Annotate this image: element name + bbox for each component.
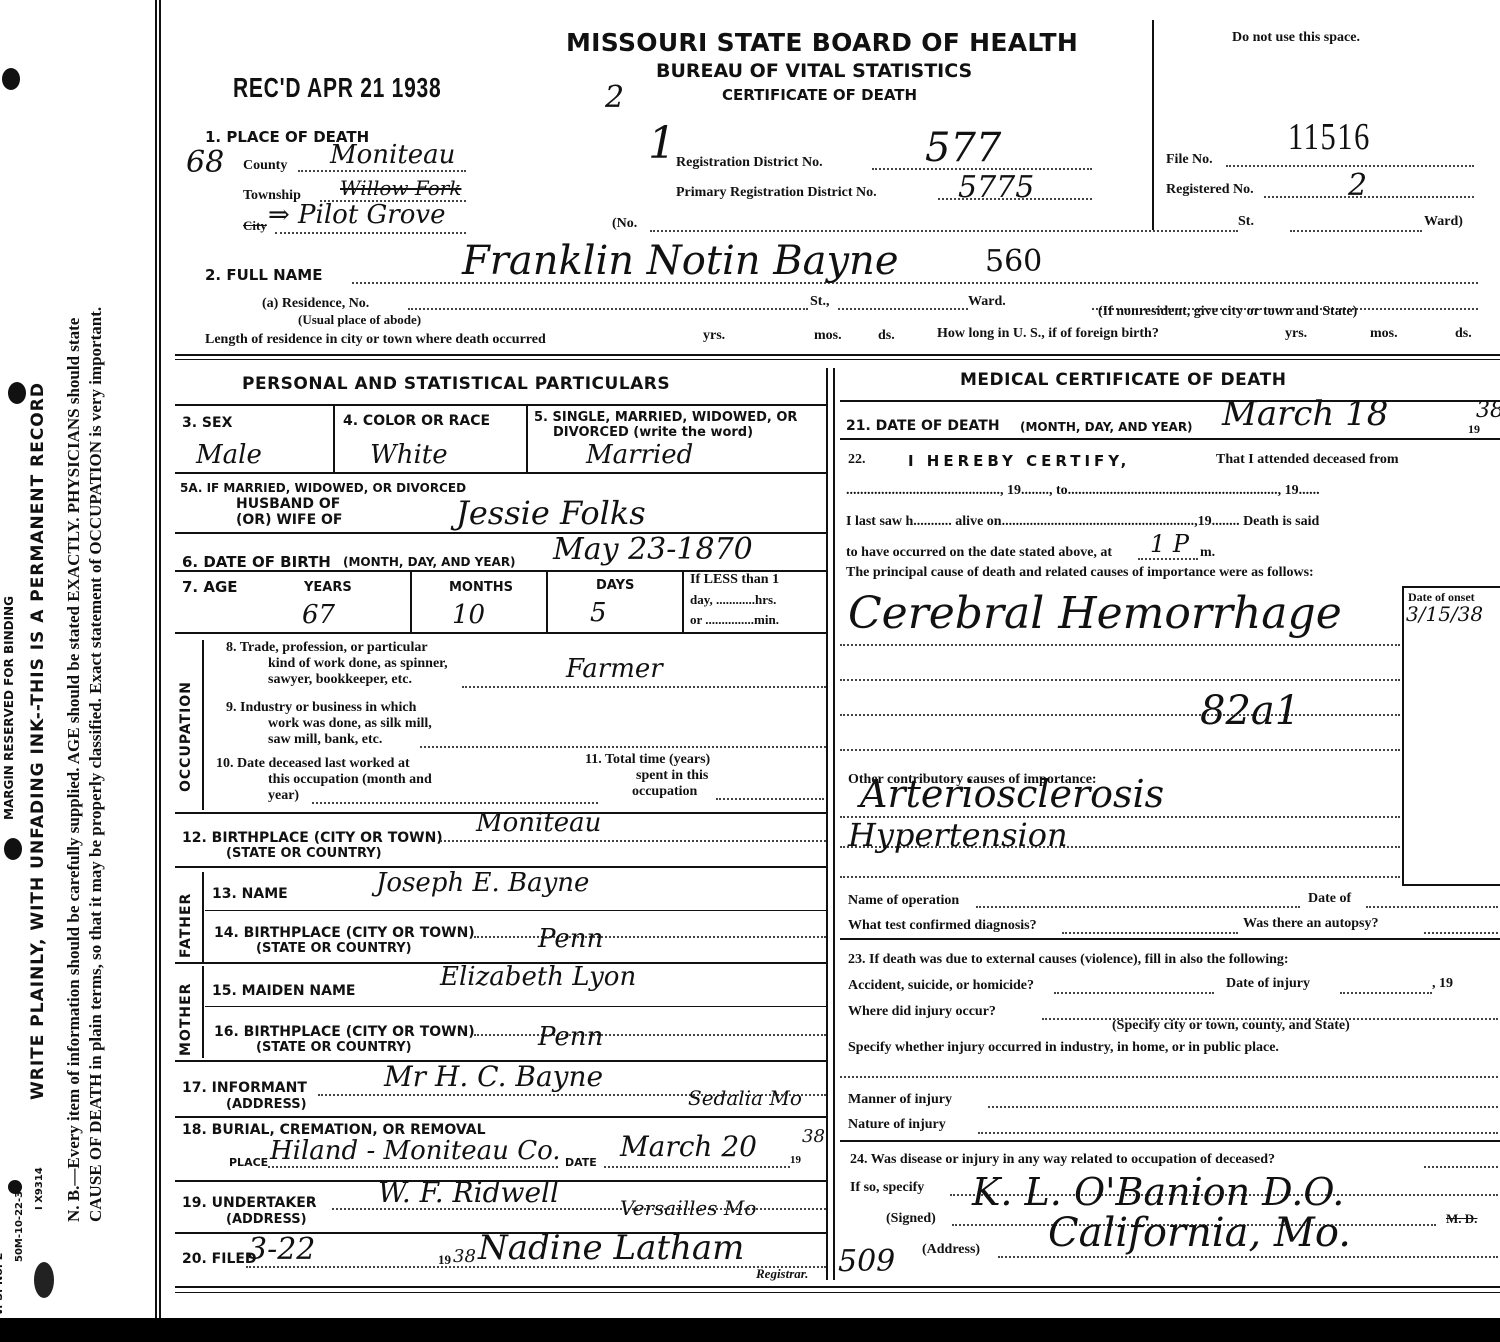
medical-section-title: MEDICAL CERTIFICATE OF DEATH (960, 370, 1286, 390)
rule-after-autopsy (840, 938, 1500, 940)
center-divider-a (826, 368, 828, 1280)
birthplace-label: 12. BIRTHPLACE (CITY OR TOWN) (182, 830, 443, 846)
residence-ward-label: Ward. (968, 294, 1006, 310)
industry-line (420, 746, 826, 748)
informant-address[interactable]: Sedalia Mo (688, 1086, 802, 1110)
onset-box: Date of onset 3/15/38 (1402, 586, 1500, 886)
dod-value[interactable]: March 18 (1222, 394, 1388, 434)
other-cause-value-1[interactable]: Arteriosclerosis (860, 772, 1164, 816)
residence-mos: mos. (814, 328, 842, 344)
rule-after-age (175, 632, 826, 634)
dob-label: 6. DATE OF BIRTH (182, 553, 331, 571)
address-label: (Address) (922, 1242, 980, 1258)
rule-after-nature (840, 1140, 1500, 1142)
autopsy-line (1424, 932, 1498, 934)
st-label: St. (1238, 214, 1254, 230)
date-of-line (1366, 906, 1498, 908)
personal-section-title: PERSONAL AND STATISTICAL PARTICULARS (242, 374, 670, 394)
father-birthplace-label: 14. BIRTHPLACE (CITY OR TOWN) (214, 925, 475, 941)
burial-year-value[interactable]: 38 (802, 1126, 825, 1147)
primary-registration-value[interactable]: 5775 (958, 170, 1034, 205)
father-side-divider (202, 872, 204, 962)
bottom-rule-1 (175, 1286, 1500, 1288)
accident-line (1054, 992, 1214, 994)
dod-label: 21. DATE OF DEATH (846, 418, 1000, 434)
length-residence-label: Length of residence in city or town wher… (205, 332, 546, 348)
father-birthplace-sub: (STATE OR COUNTRY) (256, 941, 412, 956)
mother-birthplace-value[interactable]: Penn (538, 1022, 603, 1052)
rule-personal-head (175, 404, 826, 406)
last-worked-line (312, 802, 598, 804)
binding-margin: MARGIN RESERVED FOR BINDING WRITE PLAINL… (0, 0, 158, 1310)
city-line (275, 232, 466, 234)
certify-number: 22. (848, 452, 866, 468)
section-rule-top-2 (175, 359, 1500, 360)
informant-sub: (ADDRESS) (226, 1097, 307, 1112)
county-value[interactable]: Moniteau (330, 140, 455, 170)
filed-year-prefix: 19 (438, 1252, 451, 1268)
date-injury-year: , 19 (1432, 976, 1453, 992)
residence-line (408, 308, 808, 310)
dod-sub: (MONTH, DAY, AND YEAR) (1020, 420, 1193, 434)
rule-after-informant (175, 1116, 826, 1118)
us-ds: ds. (1455, 326, 1472, 342)
spouse-value[interactable]: Jessie Folks (456, 494, 646, 532)
where-injury-label: Where did injury occur? (848, 1004, 996, 1020)
occupation-side-divider (202, 640, 204, 810)
rule-mother-name (205, 1006, 826, 1007)
occupation-related-line (1424, 1166, 1498, 1168)
cause-intro: The principal cause of death and related… (846, 565, 1314, 581)
other-cause-value-2[interactable]: Hypertension (848, 816, 1068, 854)
mother-maiden-label: 15. MAIDEN NAME (212, 983, 355, 999)
street-no-label: (No. (612, 216, 637, 232)
father-birthplace-value[interactable]: Penn (538, 924, 603, 954)
burial-date-line (604, 1166, 790, 1168)
age-months-label: MONTHS (449, 580, 513, 595)
cause-line-4 (840, 749, 1400, 751)
time-value[interactable]: 1 P (1150, 530, 1189, 558)
occupation-side-label: OCCUPATION (178, 681, 194, 792)
mother-side-divider (202, 966, 204, 1058)
if-so-label: If so, specify (850, 1180, 924, 1196)
age-months-value[interactable]: 10 (452, 600, 485, 630)
section-rule-top (175, 354, 1500, 356)
ward-line (1290, 230, 1422, 232)
address-line (998, 1256, 1498, 1258)
residence-ward-line (838, 308, 968, 310)
handwritten-two: 2 (605, 80, 624, 115)
rule-after-sex (175, 472, 826, 474)
certify-caps: I HEREBY CERTIFY, (908, 452, 1130, 470)
undertaker-name[interactable]: W. F. Ridwell (378, 1176, 559, 1209)
physician-signature[interactable]: K. L. O'Banion D.O. (972, 1170, 1344, 1214)
where-injury-sub: (Specify city or town, county, and State… (1112, 1018, 1350, 1034)
file-no-line (1226, 165, 1474, 167)
do-not-use-note: Do not use this space. (1232, 30, 1360, 46)
dod-year-prefix: 19 (1468, 422, 1480, 437)
time-line (1138, 558, 1198, 560)
write-plainly-notice: WRITE PLAINLY, WITH UNFADING INK--THIS I… (28, 382, 48, 1100)
ward-label: Ward) (1424, 214, 1463, 230)
date-injury-line (1340, 992, 1432, 994)
residence-yrs: yrs. (703, 328, 725, 344)
specify-injury-line (840, 1076, 1498, 1078)
burial-place-label: PLACE (229, 1156, 268, 1169)
nature-line (978, 1132, 1498, 1134)
city-label: City (243, 218, 267, 234)
registered-no-label: Registered No. (1166, 182, 1254, 198)
divider-months-days (546, 570, 548, 632)
age-days-value[interactable]: 5 (590, 598, 607, 628)
mother-birthplace-label: 16. BIRTHPLACE (CITY OR TOWN) (214, 1024, 475, 1040)
operation-label: Name of operation (848, 893, 959, 909)
cause-value[interactable]: Cerebral Hemorrhage (848, 588, 1342, 639)
scan-edge-band (0, 1318, 1500, 1342)
divider-days-less (682, 570, 684, 632)
registered-no-line (1264, 196, 1474, 198)
form-code: V. S. No. 2 (0, 1253, 5, 1316)
trade-label-2: kind of work done, as spinner, (268, 656, 448, 672)
trade-label-1: 8. Trade, profession, or particular (226, 640, 428, 656)
undertaker-sub: (ADDRESS) (226, 1212, 307, 1227)
dod-year-value[interactable]: 38 (1476, 398, 1500, 423)
father-name-label: 13. NAME (212, 886, 288, 902)
marital-value[interactable]: Married (586, 440, 693, 470)
punch-hole-middle (8, 382, 26, 404)
registration-district-label: Registration District No. (676, 155, 823, 171)
last-saw-line: I last saw h........... alive on........… (846, 514, 1319, 530)
spouse-label-1: 5A. IF MARRIED, WIDOWED, OR DIVORCED (180, 481, 466, 495)
rule-medical-head (840, 400, 1500, 402)
rule-father-name (205, 910, 826, 911)
marital-label-1: 5. SINGLE, MARRIED, WIDOWED, OR (534, 410, 797, 425)
print-code: 50M-10-22-36 (14, 1184, 25, 1262)
signed-label: (Signed) (886, 1211, 936, 1227)
board-title: MISSOURI STATE BOARD OF HEALTH (566, 28, 1078, 57)
burial-date-label: DATE (565, 1156, 597, 1169)
mother-maiden-value[interactable]: Elizabeth Lyon (440, 962, 636, 992)
burial-year-prefix: 19 (790, 1154, 801, 1166)
undertaker-address[interactable]: Versailles Mo (620, 1196, 756, 1220)
birthplace-sub: (STATE OR COUNTRY) (226, 846, 382, 861)
file-no-value: 11516 (1288, 115, 1371, 159)
how-long-us-label: How long in U. S., if of foreign birth? (937, 326, 1159, 342)
other-line-3 (840, 876, 1400, 878)
undertaker-label: 19. UNDERTAKER (182, 1195, 317, 1211)
handwritten-one: 1 (648, 118, 676, 169)
operation-line (976, 906, 1300, 908)
last-worked-label-1: 10. Date deceased last worked at (216, 756, 410, 772)
certificate-title: CERTIFICATE OF DEATH (722, 86, 917, 104)
industry-label-1: 9. Industry or business in which (226, 700, 416, 716)
mother-side-label: MOTHER (178, 983, 194, 1056)
autopsy-label: Was there an autopsy? (1243, 916, 1378, 932)
total-time-label-1: 11. Total time (years) (585, 752, 710, 768)
dob-sub: (MONTH, DAY, AND YEAR) (343, 555, 516, 569)
marital-label-2: DIVORCED (write the word) (553, 425, 753, 440)
external-causes-label: 23. If death was due to external causes … (848, 952, 1289, 968)
date-of-label: Date of (1308, 891, 1351, 907)
sex-value[interactable]: Male (196, 440, 262, 470)
age-years-label: YEARS (304, 580, 352, 595)
city-value[interactable]: ⇒ Pilot Grove (268, 200, 445, 230)
us-yrs: yrs. (1285, 326, 1307, 342)
registrar-name[interactable]: Nadine Latham (478, 1228, 744, 1268)
total-time-label-2: spent in this (636, 768, 708, 784)
birthplace-value[interactable]: Moniteau (476, 808, 601, 838)
father-name-value[interactable]: Joseph E. Bayne (376, 868, 589, 898)
attended-from-to: ........................................… (846, 483, 1320, 499)
filed-date-value[interactable]: 3-22 (248, 1232, 315, 1267)
age-days-label: DAYS (596, 578, 634, 593)
received-stamp: REC'D APR 21 1938 (233, 72, 441, 104)
trade-value[interactable]: Farmer (566, 654, 663, 684)
total-time-label-3: occupation (632, 784, 697, 800)
physician-address[interactable]: California, Mo. (1048, 1210, 1351, 1256)
residence-st-label: St., (810, 294, 829, 310)
accident-label: Accident, suicide, or homicide? (848, 978, 1034, 994)
test-label: What test confirmed diagnosis? (848, 918, 1037, 934)
punch-hole-top (2, 68, 20, 90)
county-label: County (243, 158, 287, 174)
us-mos: mos. (1370, 326, 1398, 342)
informant-name[interactable]: Mr H. C. Bayne (384, 1060, 603, 1093)
less-than-one-label: If LESS than 1 (690, 572, 779, 588)
occupation-related-label: 24. Was disease or injury in any way rel… (850, 1152, 1275, 1168)
father-side-label: FATHER (178, 893, 194, 958)
informant-label: 17. INFORMANT (182, 1080, 307, 1096)
reserved-space-divider (1152, 20, 1154, 230)
age-years-value[interactable]: 67 (302, 600, 335, 630)
bureau-title: BUREAU OF VITAL STATISTICS (656, 60, 972, 82)
filed-year-value[interactable]: 38 (453, 1246, 476, 1267)
md-struck: M. D. (1446, 1211, 1477, 1227)
burial-place-line (268, 1166, 558, 1168)
manner-label: Manner of injury (848, 1092, 952, 1108)
bottom-rule-2 (175, 1292, 1500, 1293)
left-border (155, 0, 161, 1318)
nature-label: Nature of injury (848, 1117, 946, 1133)
divider-years-months (410, 570, 412, 632)
birthplace-line (440, 840, 826, 842)
nonresident-note: (If nonresident, give city or town and S… (1098, 304, 1357, 320)
race-label: 4. COLOR OR RACE (343, 413, 490, 429)
nb-notice-line-1: N. B.—Every item of information should b… (64, 318, 84, 1222)
industry-label-3: saw mill, bank, etc. (268, 732, 382, 748)
binding-note: MARGIN RESERVED FOR BINDING (2, 596, 16, 820)
county-line (298, 170, 466, 172)
cause-line-2 (840, 679, 1400, 681)
date-injury-label: Date of injury (1226, 976, 1310, 992)
full-name-label: 2. FULL NAME (205, 266, 322, 284)
day-hrs-label: day, ............hrs. (690, 592, 776, 608)
spouse-label-3: (OR) WIFE OF (236, 512, 342, 528)
township-value-struck[interactable]: Willow Fork (340, 176, 461, 200)
trade-label-3: sawyer, bookkeeper, etc. (268, 672, 412, 688)
burial-place-value[interactable]: Hiland - Moniteau Co. (270, 1136, 561, 1166)
registrar-label: Registrar. (756, 1266, 808, 1282)
specify-injury-label: Specify whether injury occurred in indus… (848, 1040, 1279, 1056)
residence-label: (a) Residence, No. (262, 296, 369, 312)
test-line (1062, 932, 1238, 934)
street-line (650, 230, 1238, 232)
cause-line-1 (840, 644, 1400, 646)
or-min-label: or ...............min. (690, 612, 779, 628)
residence-sub: (Usual place of abode) (298, 312, 421, 328)
total-time-line (716, 798, 824, 800)
full-name-value[interactable]: Franklin Notin Bayne (462, 238, 898, 284)
union-code: I X9314 (34, 1167, 45, 1210)
father-birthplace-line (474, 936, 826, 938)
primary-registration-label: Primary Registration District No. (676, 185, 877, 201)
age-label: 7. AGE (182, 578, 238, 596)
mother-birthplace-line (474, 1034, 826, 1036)
cause-line-3 (840, 714, 1400, 716)
occurred-at-label: to have occurred on the date stated abov… (846, 545, 1112, 561)
residence-ds: ds. (878, 328, 895, 344)
registered-no-value: 2 (1348, 168, 1367, 203)
divider-sex-race (333, 404, 335, 472)
trade-line (462, 686, 826, 688)
last-worked-label-2: this occupation (month and (268, 772, 432, 788)
center-divider-b (833, 368, 835, 1280)
union-label-icon (34, 1262, 54, 1298)
registration-district-value[interactable]: 577 (925, 125, 1001, 171)
divider-race-marital (526, 404, 528, 472)
dob-value[interactable]: May 23-1870 (553, 532, 753, 567)
full-name-code: 560 (985, 244, 1042, 279)
certify-rest: That I attended deceased from (1216, 452, 1399, 468)
onset-value[interactable]: 3/15/38 (1406, 602, 1483, 626)
mother-birthplace-sub: (STATE OR COUNTRY) (256, 1040, 412, 1055)
spouse-label-2: HUSBAND OF (236, 496, 340, 512)
filed-code: 509 (838, 1244, 895, 1279)
industry-label-2: work was done, as silk mill, (268, 716, 432, 732)
sex-label: 3. SEX (182, 415, 232, 431)
margin-note-68: 68 (186, 145, 224, 180)
filed-label: 20. FILED (182, 1251, 257, 1267)
file-no-label: File No. (1166, 152, 1213, 168)
nb-notice-line-2: CAUSE OF DEATH in plain terms, so that i… (86, 307, 106, 1222)
punch-hole-lower (4, 838, 22, 860)
cause-code: 82a1 (1200, 688, 1300, 734)
manner-line (988, 1106, 1498, 1108)
burial-date-value[interactable]: March 20 (620, 1130, 757, 1163)
time-suffix: m. (1200, 545, 1215, 561)
last-worked-label-3: year) (268, 788, 299, 804)
race-value[interactable]: White (370, 440, 448, 470)
rule-after-dod (840, 438, 1500, 440)
